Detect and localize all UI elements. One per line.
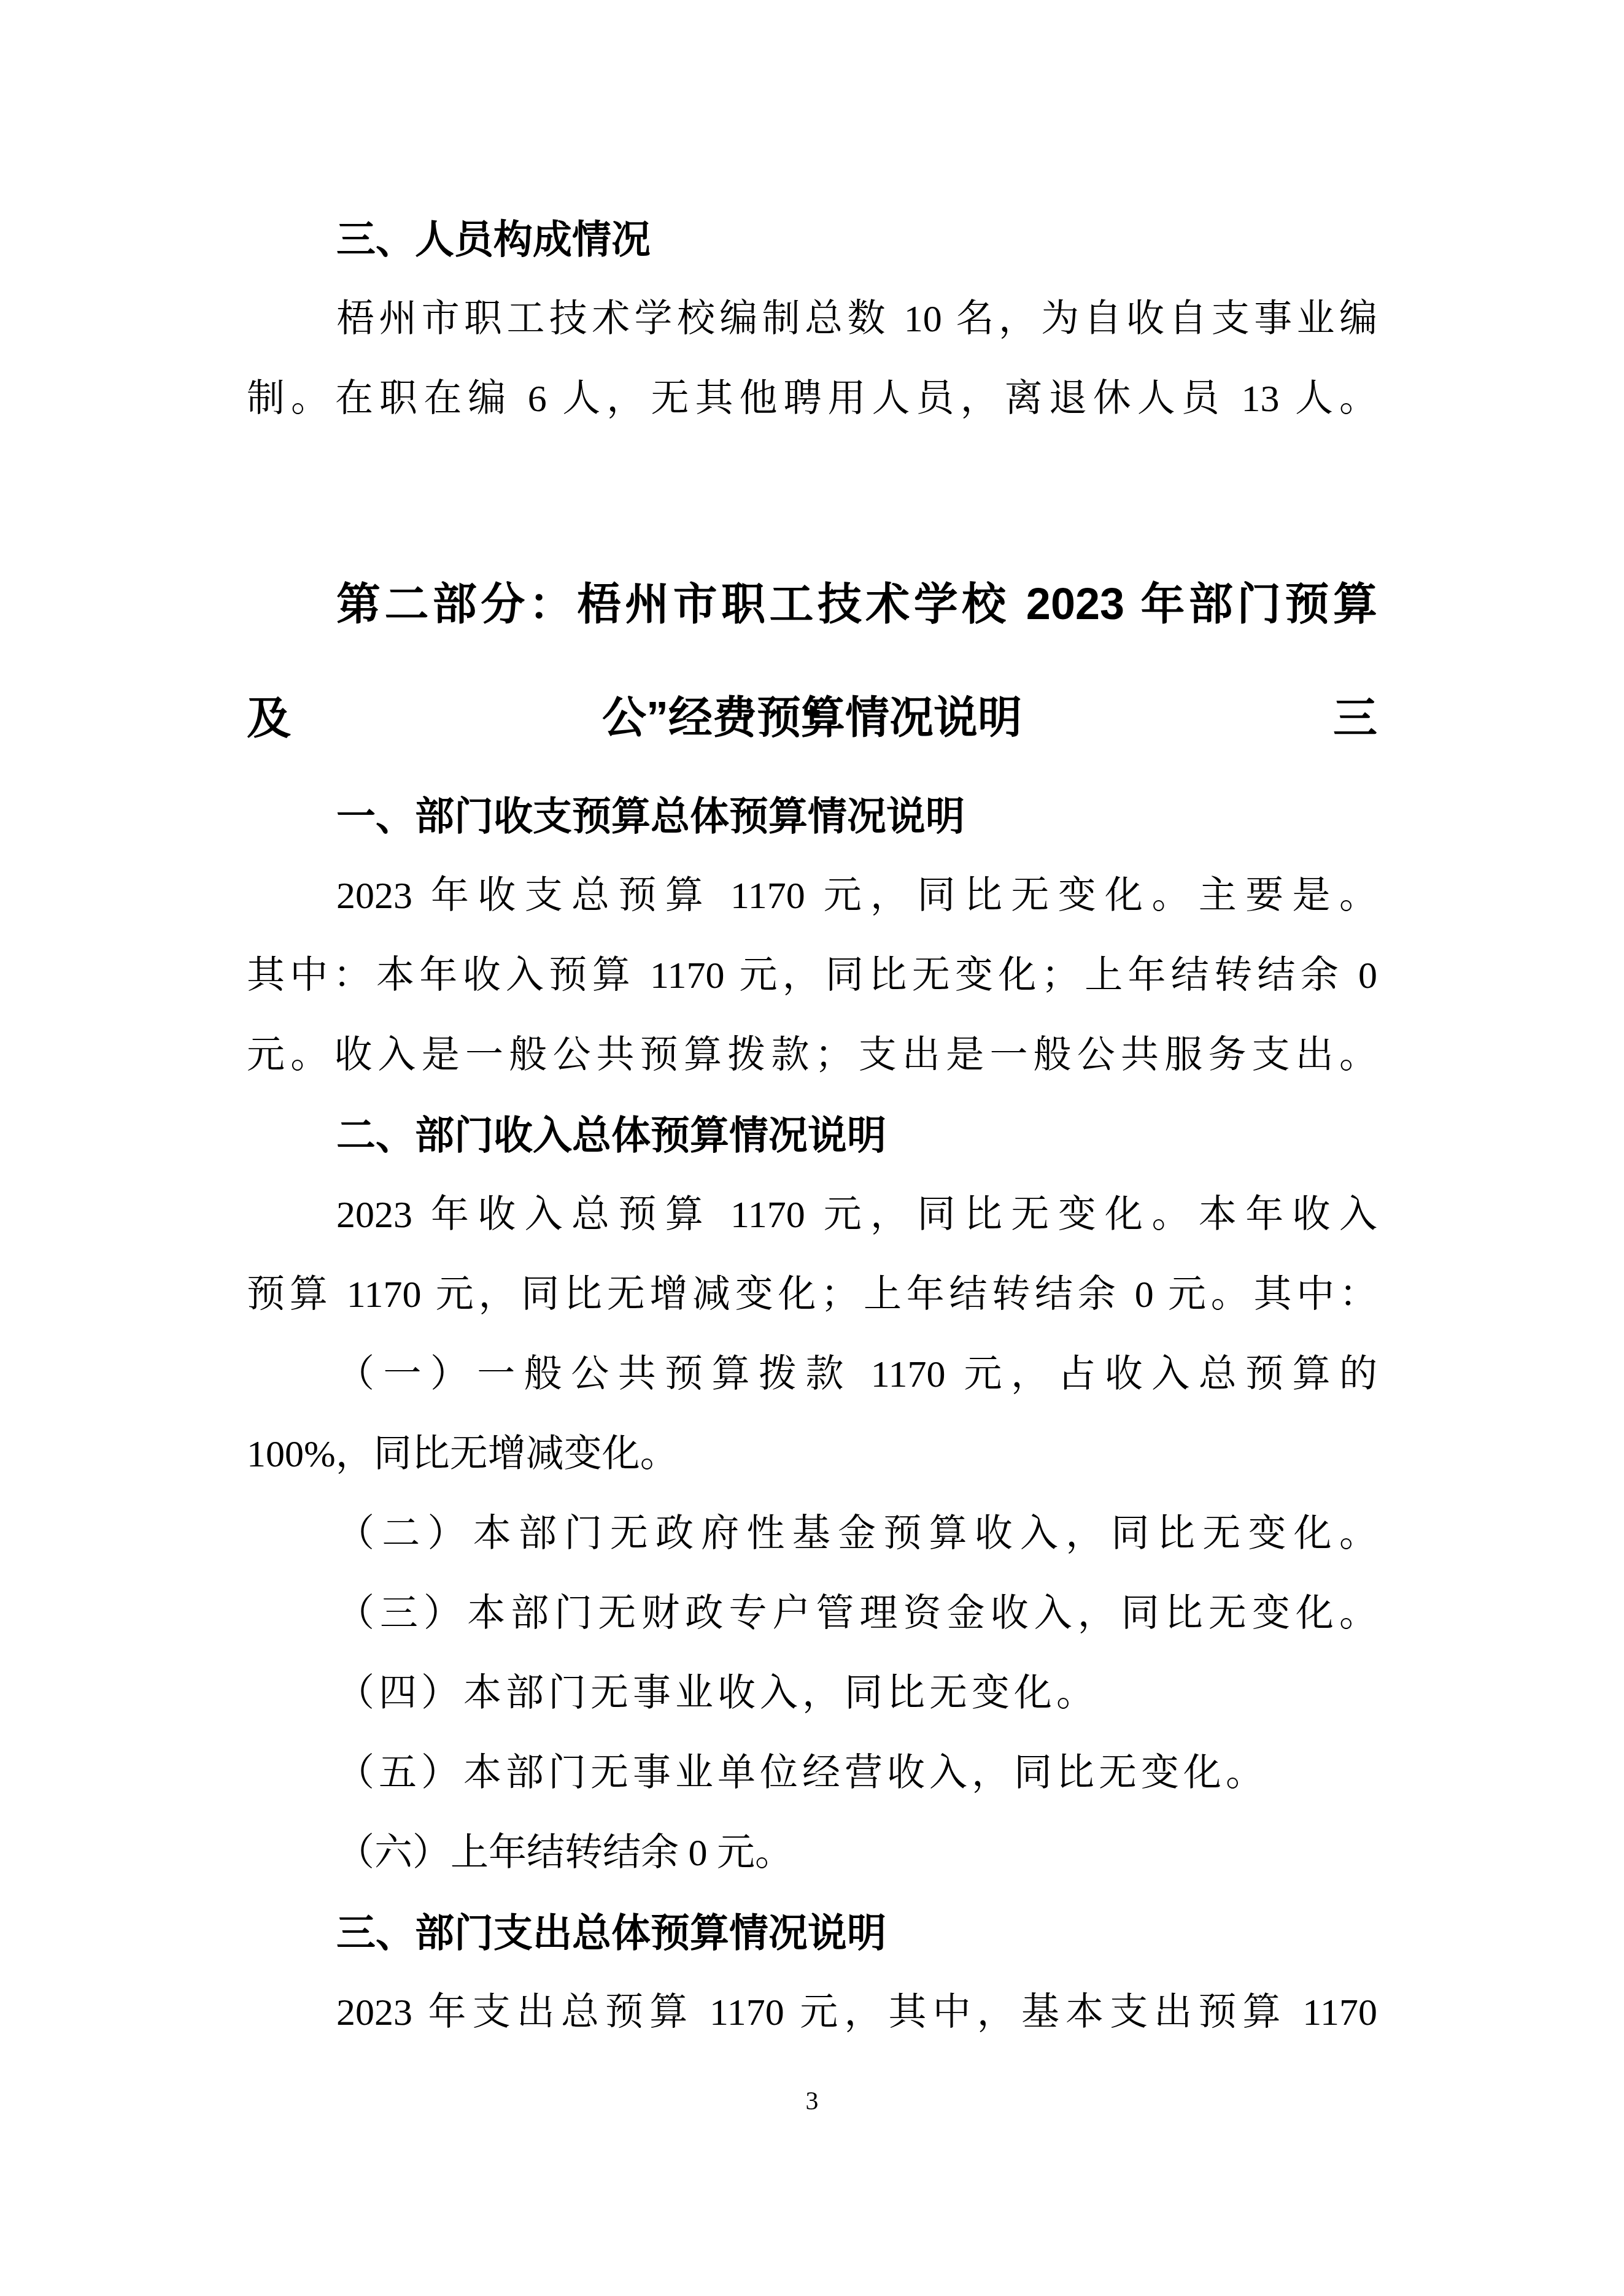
income-expense-line-1: 2023 年收支总预算 1170 元，同比无变化。主要是。: [247, 856, 1377, 936]
income-line-1: 2023 年收入总预算 1170 元，同比无变化。本年收入: [247, 1175, 1377, 1255]
document-page: 三、人员构成情况 梧州市职工技术学校编制总数 10 名，为自收自支事业编 制。在…: [0, 0, 1624, 2296]
section-heading-personnel: 三、人员构成情况: [247, 199, 1377, 279]
section-heading-income: 二、部门收入总体预算情况说明: [247, 1095, 1377, 1175]
expense-line-1: 2023 年支出总预算 1170 元，其中，基本支出预算 1170: [247, 1973, 1377, 2052]
part2-title-line-1: 第二部分：梧州市职工技术学校 2023 年部门预算及“三: [247, 547, 1377, 661]
section-heading-expense: 三、部门支出总体预算情况说明: [247, 1893, 1377, 1973]
income-item-3: （三）本部门无财政专户管理资金收入，同比无变化。: [247, 1574, 1377, 1654]
income-expense-line-2: 其中：本年收入预算 1170 元，同比无变化；上年结转结余 0: [247, 936, 1377, 1015]
income-item-1-line-1: （一）一般公共预算拨款 1170 元，占收入总预算的: [247, 1335, 1377, 1414]
income-item-5: （五）本部门无事业单位经营收入，同比无变化。: [247, 1733, 1377, 1813]
income-item-6: （六）上年结转结余 0 元。: [247, 1813, 1377, 1893]
page-number: 3: [247, 2083, 1377, 2120]
part2-title-line-2: 公”经费预算情况说明: [247, 661, 1377, 775]
section-heading-income-expense: 一、部门收支预算总体预算情况说明: [247, 776, 1377, 856]
personnel-paragraph-line-1: 梧州市职工技术学校编制总数 10 名，为自收自支事业编: [247, 279, 1377, 359]
personnel-paragraph-line-2: 制。在职在编 6 人，无其他聘用人员，离退休人员 13 人。: [247, 359, 1377, 439]
income-item-2: （二）本部门无政府性基金预算收入，同比无变化。: [247, 1494, 1377, 1574]
income-item-1-line-2: 100%，同比无增减变化。: [247, 1414, 1377, 1494]
income-item-4: （四）本部门无事业收入，同比无变化。: [247, 1654, 1377, 1733]
income-line-2: 预算 1170 元，同比无增减变化；上年结转结余 0 元。其中：: [247, 1255, 1377, 1335]
income-expense-line-3: 元。收入是一般公共预算拨款；支出是一般公共服务支出。: [247, 1015, 1377, 1095]
